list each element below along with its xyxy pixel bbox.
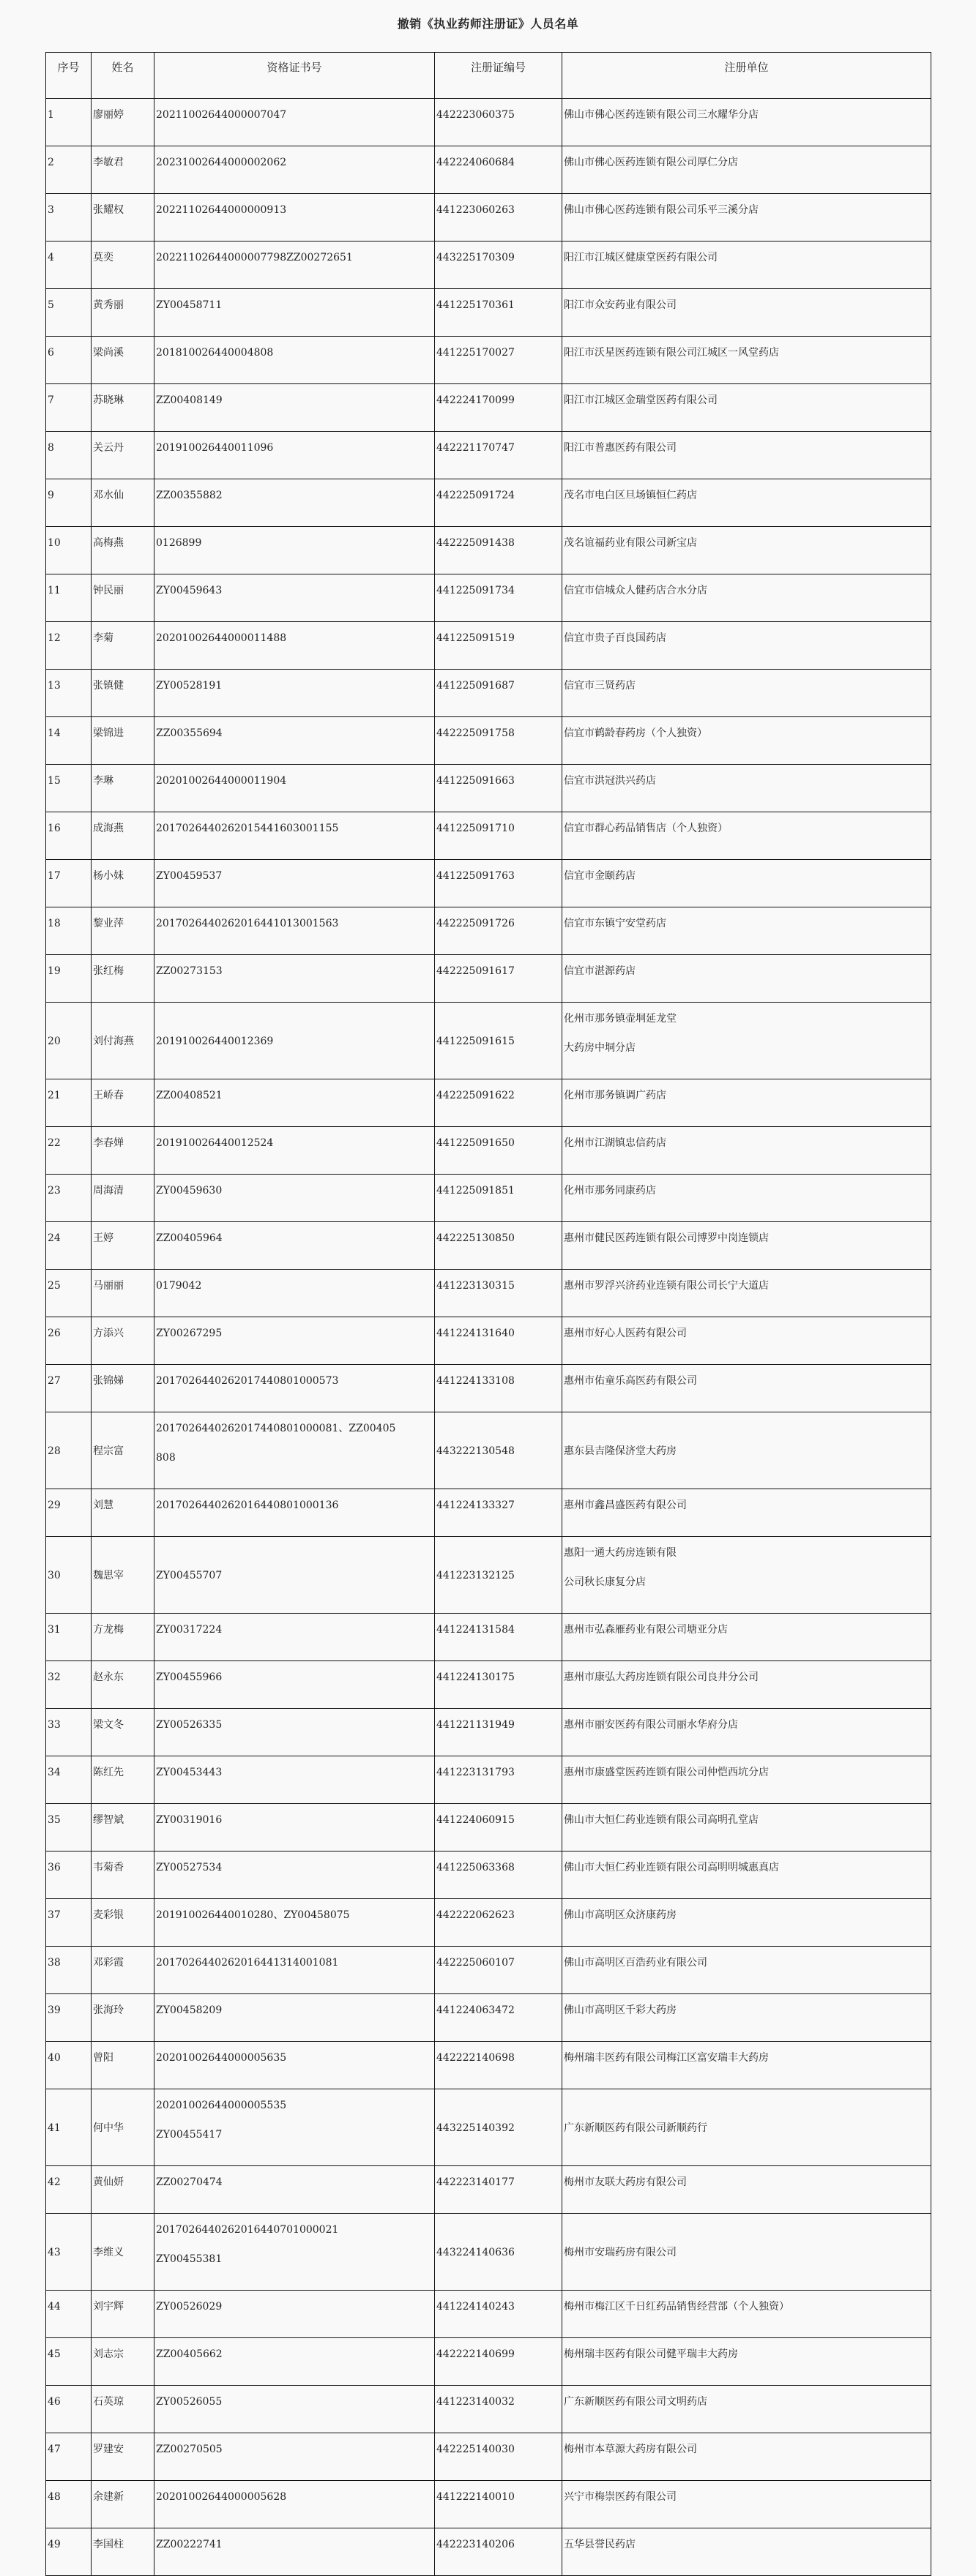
table-row: 38邓彩霞20170264402620164413140010814422250… — [46, 1947, 931, 1994]
cell-registered-unit: 信宜市群心药品销售店（个人独资） — [562, 812, 931, 860]
cell-index: 13 — [46, 670, 92, 717]
cert-line: ZY00458209 — [156, 1996, 433, 2025]
cell-index: 31 — [46, 1614, 92, 1661]
cell-qualification-cert: 2017026440262016441314001081 — [154, 1947, 435, 1994]
cell-name: 王婷 — [92, 1222, 154, 1270]
cell-qualification-cert: ZY00526029 — [154, 2291, 435, 2338]
cell-registration-no: 442225130850 — [435, 1222, 562, 1270]
cell-registered-unit: 惠州市康弘大药房连锁有限公司良井分公司 — [562, 1661, 931, 1709]
table-row: 15李琳20201002644000011904441225091663信宜市洪… — [46, 765, 931, 812]
table-row: 29刘慧201702644026201644080100013644122413… — [46, 1489, 931, 1537]
cell-index: 41 — [46, 2089, 92, 2166]
unit-line: 化州市那务镇壶垌延龙堂 — [564, 1004, 929, 1033]
cell-registered-unit: 阳江市众安药业有限公司 — [562, 289, 931, 337]
cert-line: 20221102644000000913 — [156, 195, 433, 225]
cell-registration-no: 443222130548 — [435, 1412, 562, 1489]
cell-name: 王峤春 — [92, 1079, 154, 1127]
cert-line: 20201002644000011904 — [156, 766, 433, 795]
cell-index: 1 — [46, 99, 92, 146]
cell-registration-no: 441225091851 — [435, 1175, 562, 1222]
cell-index: 37 — [46, 1899, 92, 1947]
cert-line: ZY00458711 — [156, 291, 433, 320]
cell-index: 24 — [46, 1222, 92, 1270]
cert-line: ZZ00408521 — [156, 1081, 433, 1110]
table-row: 16成海燕20170264402620154416030011554412250… — [46, 812, 931, 860]
cell-name: 梁锦进 — [92, 717, 154, 765]
unit-line: 惠州市丽安医药有限公司丽水华府分店 — [564, 1710, 929, 1740]
cell-qualification-cert: 2017026440262016440801000136 — [154, 1489, 435, 1537]
unit-line: 信宜市金颐药店 — [564, 861, 929, 891]
cell-index: 42 — [46, 2166, 92, 2214]
cell-qualification-cert: ZY00526055 — [154, 2386, 435, 2433]
cell-registered-unit: 化州市那务同康药店 — [562, 1175, 931, 1222]
cert-line: ZY00526055 — [156, 2387, 433, 2416]
unit-line: 阳江市众安药业有限公司 — [564, 291, 929, 320]
cell-index: 27 — [46, 1365, 92, 1412]
cell-name: 邓水仙 — [92, 479, 154, 527]
cert-line: ZY00455417 — [156, 2120, 433, 2149]
unit-line: 佛山市大恒仁药业连锁有限公司高明明城惠真店 — [564, 1853, 929, 1882]
cell-qualification-cert: ZZ00222741 — [154, 2528, 435, 2576]
cell-registered-unit: 信宜市洪冠洪兴药店 — [562, 765, 931, 812]
cert-line: 2017026440262017440801000573 — [156, 1366, 433, 1396]
cell-registered-unit: 佛山市佛心医药连锁有限公司乐平三溪分店 — [562, 194, 931, 241]
cell-registered-unit: 惠州市康盛堂医药连锁有限公司仲恺西坑分店 — [562, 1756, 931, 1804]
cell-name: 方龙梅 — [92, 1614, 154, 1661]
table-row: 21王峤春ZZ00408521442225091622化州市那务镇调广药店 — [46, 1079, 931, 1127]
cell-qualification-cert: 2017026440262016440701000021ZY00455381 — [154, 2214, 435, 2291]
cell-name: 曾阳 — [92, 2042, 154, 2089]
cell-registration-no: 443224140636 — [435, 2214, 562, 2291]
unit-line: 信宜市湛源药店 — [564, 956, 929, 986]
cert-line: ZY00455966 — [156, 1663, 433, 1692]
cell-registered-unit: 惠东县吉隆保济堂大药房 — [562, 1412, 931, 1489]
cert-line: 2017026440262015441603001155 — [156, 814, 433, 843]
cell-registered-unit: 惠州市好心人医药有限公司 — [562, 1317, 931, 1365]
cell-registered-unit: 梅州瑞丰医药有限公司梅江区富安瑞丰大药房 — [562, 2042, 931, 2089]
table-row: 46石英琼ZY00526055441223140032广东新顺医药有限公司文明药… — [46, 2386, 931, 2433]
cell-index: 25 — [46, 1270, 92, 1317]
cell-registration-no: 441225091650 — [435, 1127, 562, 1175]
unit-line: 化州市江湖镇忠信药店 — [564, 1128, 929, 1158]
cell-name: 杨小妹 — [92, 860, 154, 907]
unit-line: 大药房中垌分店 — [564, 1033, 929, 1063]
cert-line: 2017026440262017440801000081、ZZ00405 — [156, 1414, 433, 1443]
cell-qualification-cert: 2017026440262017440801000573 — [154, 1365, 435, 1412]
unit-line: 佛山市大恒仁药业连锁有限公司高明孔堂店 — [564, 1805, 929, 1835]
unit-line: 茂名谊福药业有限公司新宝店 — [564, 528, 929, 558]
cell-index: 43 — [46, 2214, 92, 2291]
cell-qualification-cert: 2017026440262016441013001563 — [154, 907, 435, 955]
page-title: 撤销《执业药师注册证》人员名单 — [0, 15, 976, 31]
cell-registered-unit: 佛山市佛心医药连锁有限公司厚仁分店 — [562, 146, 931, 194]
cell-registered-unit: 惠州市罗浮兴济药业连锁有限公司长宁大道店 — [562, 1270, 931, 1317]
table-row: 25马丽丽0179042441223130315惠州市罗浮兴济药业连锁有限公司长… — [46, 1270, 931, 1317]
cert-line: ZY00455707 — [156, 1561, 433, 1590]
unit-line: 广东新顺医药有限公司文明药店 — [564, 2387, 929, 2416]
cell-qualification-cert: ZY00527534 — [154, 1851, 435, 1899]
cell-name: 罗建安 — [92, 2433, 154, 2481]
cert-line: ZY00459643 — [156, 576, 433, 605]
cell-name: 石英琼 — [92, 2386, 154, 2433]
cert-line: ZZ00408149 — [156, 386, 433, 415]
unit-line: 梅州瑞丰医药有限公司梅江区富安瑞丰大药房 — [564, 2043, 929, 2073]
cell-index: 10 — [46, 527, 92, 574]
cell-index: 39 — [46, 1994, 92, 2042]
cell-qualification-cert: ZY00459630 — [154, 1175, 435, 1222]
cell-name: 刘慧 — [92, 1489, 154, 1537]
cell-qualification-cert: 0126899 — [154, 527, 435, 574]
cell-qualification-cert: 20201002644000005635 — [154, 2042, 435, 2089]
cell-qualification-cert: ZZ00355694 — [154, 717, 435, 765]
cell-qualification-cert: 201910026440012369 — [154, 1003, 435, 1079]
cell-name: 张海玲 — [92, 1994, 154, 2042]
cert-line: 2017026440262016441314001081 — [156, 1948, 433, 1977]
cell-name: 关云丹 — [92, 432, 154, 479]
cell-name: 马丽丽 — [92, 1270, 154, 1317]
cell-qualification-cert: ZZ00355882 — [154, 479, 435, 527]
cell-index: 44 — [46, 2291, 92, 2338]
cell-registration-no: 441221131949 — [435, 1709, 562, 1756]
unit-line: 惠州市好心人医药有限公司 — [564, 1319, 929, 1348]
cell-registered-unit: 兴宁市梅崇医药有限公司 — [562, 2481, 931, 2528]
cell-index: 23 — [46, 1175, 92, 1222]
table-row: 14梁锦进ZZ00355694442225091758信宜市鹤龄春药房（个人独资… — [46, 717, 931, 765]
cert-line: ZZ00405964 — [156, 1224, 433, 1253]
cert-line: 0126899 — [156, 528, 433, 558]
cert-line: 201910026440010280、ZY00458075 — [156, 1901, 433, 1930]
header-name: 姓名 — [92, 53, 154, 99]
table-row: 17杨小妹ZY00459537441225091763信宜市金颐药店 — [46, 860, 931, 907]
unit-line: 信宜市鹤龄春药房（个人独资） — [564, 719, 929, 748]
unit-line: 信宜市群心药品销售店（个人独资） — [564, 814, 929, 843]
cell-name: 李维义 — [92, 2214, 154, 2291]
table-row: 43李维义2017026440262016440701000021ZY00455… — [46, 2214, 931, 2291]
cell-registered-unit: 惠州市弘森雁药业有限公司塘亚分店 — [562, 1614, 931, 1661]
cell-index: 33 — [46, 1709, 92, 1756]
cell-qualification-cert: ZY00319016 — [154, 1804, 435, 1851]
cell-name: 李春婵 — [92, 1127, 154, 1175]
cell-name: 廖丽婷 — [92, 99, 154, 146]
cell-index: 45 — [46, 2338, 92, 2386]
cell-qualification-cert: ZY00459643 — [154, 574, 435, 622]
cell-qualification-cert: ZZ00270505 — [154, 2433, 435, 2481]
cell-qualification-cert: ZY00528191 — [154, 670, 435, 717]
cert-line: 20201002644000005535 — [156, 2091, 433, 2120]
cert-line: ZY00528191 — [156, 671, 433, 700]
header-qualification-cert: 资格证书号 — [154, 53, 435, 99]
unit-line: 梅州市梅江区千日红药品销售经营部（个人独资） — [564, 2292, 929, 2321]
table-row: 32赵永东ZY00455966441224130175惠州市康弘大药房连锁有限公… — [46, 1661, 931, 1709]
cell-registration-no: 442225091622 — [435, 1079, 562, 1127]
table-row: 6梁尚溪201810026440004808441225170027阳江市沃星医… — [46, 337, 931, 384]
cell-index: 26 — [46, 1317, 92, 1365]
cert-line: ZY00317224 — [156, 1615, 433, 1644]
cell-name: 刘志宗 — [92, 2338, 154, 2386]
cert-line: ZZ00270505 — [156, 2435, 433, 2464]
cell-index: 15 — [46, 765, 92, 812]
cell-registered-unit: 广东新顺医药有限公司新顺药行 — [562, 2089, 931, 2166]
cell-qualification-cert: 20211002644000007047 — [154, 99, 435, 146]
table-row: 40曾阳20201002644000005635442222140698梅州瑞丰… — [46, 2042, 931, 2089]
table-row: 28程宗富2017026440262017440801000081、ZZ0040… — [46, 1412, 931, 1489]
cell-registration-no: 441225091615 — [435, 1003, 562, 1079]
cell-registration-no: 441224130175 — [435, 1661, 562, 1709]
cell-registered-unit: 梅州瑞丰医药有限公司健平瑞丰大药房 — [562, 2338, 931, 2386]
unit-line: 信宜市三贤药店 — [564, 671, 929, 700]
cell-registered-unit: 信宜市贵子百良国药店 — [562, 622, 931, 670]
cell-name: 周海清 — [92, 1175, 154, 1222]
cell-qualification-cert: 201910026440010280、ZY00458075 — [154, 1899, 435, 1947]
cell-qualification-cert: ZZ00273153 — [154, 955, 435, 1003]
cell-registration-no: 443225140392 — [435, 2089, 562, 2166]
cell-index: 9 — [46, 479, 92, 527]
table-row: 8关云丹201910026440011096442221170747阳江市普惠医… — [46, 432, 931, 479]
table-row: 42黄仙妍ZZ00270474442223140177梅州市友联大药房有限公司 — [46, 2166, 931, 2214]
cell-index: 48 — [46, 2481, 92, 2528]
cell-name: 成海燕 — [92, 812, 154, 860]
cell-registered-unit: 信宜市湛源药店 — [562, 955, 931, 1003]
table-row: 37麦彩银201910026440010280、ZY00458075442222… — [46, 1899, 931, 1947]
cell-index: 12 — [46, 622, 92, 670]
table-row: 33梁文冬ZY00526335441221131949惠州市丽安医药有限公司丽水… — [46, 1709, 931, 1756]
cert-line: ZZ00273153 — [156, 956, 433, 986]
unit-line: 信宜市贵子百良国药店 — [564, 624, 929, 653]
cell-registered-unit: 信宜市金颐药店 — [562, 860, 931, 907]
unit-line: 化州市那务同康药店 — [564, 1176, 929, 1205]
cell-registered-unit: 梅州市本草源大药房有限公司 — [562, 2433, 931, 2481]
cell-registration-no: 442225091758 — [435, 717, 562, 765]
cell-index: 35 — [46, 1804, 92, 1851]
cell-name: 梁文冬 — [92, 1709, 154, 1756]
cell-registration-no: 442224170099 — [435, 384, 562, 432]
cell-registered-unit: 惠州市鑫昌盛医药有限公司 — [562, 1489, 931, 1537]
cell-registered-unit: 佛山市高明区百浩药业有限公司 — [562, 1947, 931, 1994]
cell-qualification-cert: 2017026440262017440801000081、ZZ00405808 — [154, 1412, 435, 1489]
cell-registration-no: 441223060263 — [435, 194, 562, 241]
cell-name: 余建新 — [92, 2481, 154, 2528]
unit-line: 梅州瑞丰医药有限公司健平瑞丰大药房 — [564, 2340, 929, 2369]
unit-line: 惠州市康盛堂医药连锁有限公司仲恺西坑分店 — [564, 1758, 929, 1787]
cell-registered-unit: 茂名谊福药业有限公司新宝店 — [562, 527, 931, 574]
cert-line: ZY00459630 — [156, 1176, 433, 1205]
table-row: 11钟民丽ZY00459643441225091734信宜市信城众人健药店合水分… — [46, 574, 931, 622]
cell-registration-no: 442222140698 — [435, 2042, 562, 2089]
table-row: 18黎业萍20170264402620164410130015634422250… — [46, 907, 931, 955]
cell-name: 刘宇辉 — [92, 2291, 154, 2338]
cert-line: ZY00455381 — [156, 2244, 433, 2274]
cert-line: 808 — [156, 1443, 433, 1472]
unit-line: 梅州市本草源大药房有限公司 — [564, 2435, 929, 2464]
cell-index: 28 — [46, 1412, 92, 1489]
cell-name: 麦彩银 — [92, 1899, 154, 1947]
unit-line: 惠州市佑童乐高医药有限公司 — [564, 1366, 929, 1396]
cell-registered-unit: 佛山市佛心医药连锁有限公司三水耀华分店 — [562, 99, 931, 146]
cell-registration-no: 441225170361 — [435, 289, 562, 337]
cell-registered-unit: 信宜市三贤药店 — [562, 670, 931, 717]
unit-line: 惠州市健民医药连锁有限公司博罗中岗连锁店 — [564, 1224, 929, 1253]
cell-registered-unit: 佛山市大恒仁药业连锁有限公司高明明城惠真店 — [562, 1851, 931, 1899]
cell-index: 18 — [46, 907, 92, 955]
cell-registration-no: 443225170309 — [435, 241, 562, 289]
cell-registration-no: 441224133108 — [435, 1365, 562, 1412]
cert-line: ZY00267295 — [156, 1319, 433, 1348]
cell-name: 张耀权 — [92, 194, 154, 241]
cell-registration-no: 441222140010 — [435, 2481, 562, 2528]
unit-line: 兴宁市梅崇医药有限公司 — [564, 2482, 929, 2512]
table-row: 39张海玲ZY00458209441224063472佛山市高明区千彩大药房 — [46, 1994, 931, 2042]
cert-line: 20211002644000007047 — [156, 100, 433, 130]
cell-qualification-cert: 20201002644000011904 — [154, 765, 435, 812]
unit-line: 阳江市普惠医药有限公司 — [564, 433, 929, 463]
cell-name: 李菊 — [92, 622, 154, 670]
table-row: 35缪智斌ZY00319016441224060915佛山市大恒仁药业连锁有限公… — [46, 1804, 931, 1851]
cell-index: 3 — [46, 194, 92, 241]
cert-line: ZY00453443 — [156, 1758, 433, 1787]
cell-qualification-cert: ZZ00405964 — [154, 1222, 435, 1270]
cell-registration-no: 442224060684 — [435, 146, 562, 194]
cell-registered-unit: 惠阳一通大药房连锁有限公司秋长康复分店 — [562, 1537, 931, 1614]
cert-line: 201910026440012524 — [156, 1128, 433, 1158]
cell-name: 黄仙妍 — [92, 2166, 154, 2214]
cell-name: 缪智斌 — [92, 1804, 154, 1851]
unit-line: 广东新顺医药有限公司新顺药行 — [564, 2113, 929, 2143]
cell-index: 49 — [46, 2528, 92, 2576]
cert-line: 0179042 — [156, 1271, 433, 1300]
cell-registration-no: 441223131793 — [435, 1756, 562, 1804]
cell-registered-unit: 梅州市梅江区千日红药品销售经营部（个人独资） — [562, 2291, 931, 2338]
cell-index: 30 — [46, 1537, 92, 1614]
cell-registration-no: 442223060375 — [435, 99, 562, 146]
cell-name: 何中华 — [92, 2089, 154, 2166]
table-row: 13张镇健ZY00528191441225091687信宜市三贤药店 — [46, 670, 931, 717]
unit-line: 信宜市洪冠洪兴药店 — [564, 766, 929, 795]
cell-registration-no: 442225140030 — [435, 2433, 562, 2481]
cell-registered-unit: 惠州市佑童乐高医药有限公司 — [562, 1365, 931, 1412]
cert-line: ZZ00405662 — [156, 2340, 433, 2369]
table-row: 36韦菊香ZY00527534441225063368佛山市大恒仁药业连锁有限公… — [46, 1851, 931, 1899]
cell-qualification-cert: 201810026440004808 — [154, 337, 435, 384]
cert-line: 201910026440011096 — [156, 433, 433, 463]
unit-line: 佛山市高明区百浩药业有限公司 — [564, 1948, 929, 1977]
cell-registration-no: 442221170747 — [435, 432, 562, 479]
cert-line: ZZ00222741 — [156, 2530, 433, 2559]
cell-qualification-cert: ZZ00405662 — [154, 2338, 435, 2386]
cell-registered-unit: 阳江市江城区金瑞堂医药有限公司 — [562, 384, 931, 432]
cell-registration-no: 441224140243 — [435, 2291, 562, 2338]
cell-registered-unit: 信宜市东镇宁安堂药店 — [562, 907, 931, 955]
cell-index: 6 — [46, 337, 92, 384]
table-row: 24王婷ZZ00405964442225130850惠州市健民医药连锁有限公司博… — [46, 1222, 931, 1270]
cell-registration-no: 441225091663 — [435, 765, 562, 812]
cell-registered-unit: 化州市那务镇壶垌延龙堂大药房中垌分店 — [562, 1003, 931, 1079]
cell-qualification-cert: 20201002644000005535ZY00455417 — [154, 2089, 435, 2166]
unit-line: 佛山市高明区千彩大药房 — [564, 1996, 929, 2025]
cell-registered-unit: 阳江市沃星医药连锁有限公司江城区一风堂药店 — [562, 337, 931, 384]
cell-qualification-cert: 201910026440011096 — [154, 432, 435, 479]
header-registered-unit: 注册单位 — [562, 53, 931, 99]
cell-qualification-cert: 20221102644000007798ZZ00272651 — [154, 241, 435, 289]
header-index: 序号 — [46, 53, 92, 99]
cell-registration-no: 441225091519 — [435, 622, 562, 670]
cell-registered-unit: 梅州市安瑞药房有限公司 — [562, 2214, 931, 2291]
cell-name: 陈红先 — [92, 1756, 154, 1804]
cert-line: ZY00526029 — [156, 2292, 433, 2321]
table-row: 4莫奕20221102644000007798ZZ002726514432251… — [46, 241, 931, 289]
cell-name: 张锦娣 — [92, 1365, 154, 1412]
cell-qualification-cert: ZY00455707 — [154, 1537, 435, 1614]
cell-name: 张镇健 — [92, 670, 154, 717]
table-row: 45刘志宗ZZ00405662442222140699梅州瑞丰医药有限公司健平瑞… — [46, 2338, 931, 2386]
cell-qualification-cert: 0179042 — [154, 1270, 435, 1317]
unit-line: 信宜市东镇宁安堂药店 — [564, 909, 929, 938]
cell-index: 40 — [46, 2042, 92, 2089]
table-row: 41何中华20201002644000005535ZY0045541744322… — [46, 2089, 931, 2166]
cell-registration-no: 442225091617 — [435, 955, 562, 1003]
table-header-row: 序号 姓名 资格证书号 注册证编号 注册单位 — [46, 53, 931, 99]
cell-registered-unit: 惠州市丽安医药有限公司丽水华府分店 — [562, 1709, 931, 1756]
cell-registered-unit: 五华县誉民药店 — [562, 2528, 931, 2576]
table-row: 30魏思宰ZY00455707441223132125惠阳一通大药房连锁有限公司… — [46, 1537, 931, 1614]
cell-registration-no: 441225091687 — [435, 670, 562, 717]
cell-name: 钟民丽 — [92, 574, 154, 622]
cell-qualification-cert: 201910026440012524 — [154, 1127, 435, 1175]
cell-index: 5 — [46, 289, 92, 337]
cert-line: ZZ00270474 — [156, 2168, 433, 2197]
table-row: 20刘付海燕201910026440012369441225091615化州市那… — [46, 1003, 931, 1079]
unit-line: 梅州市安瑞药房有限公司 — [564, 2238, 929, 2267]
cert-line: ZY00527534 — [156, 1853, 433, 1882]
cell-index: 47 — [46, 2433, 92, 2481]
cell-registration-no: 441225091763 — [435, 860, 562, 907]
cell-qualification-cert: ZY00526335 — [154, 1709, 435, 1756]
cell-index: 20 — [46, 1003, 92, 1079]
cell-qualification-cert: 20231002644000002062 — [154, 146, 435, 194]
cell-registration-no: 441225063368 — [435, 1851, 562, 1899]
cell-index: 46 — [46, 2386, 92, 2433]
unit-line: 惠州市鑫昌盛医药有限公司 — [564, 1491, 929, 1520]
cell-registered-unit: 化州市江湖镇忠信药店 — [562, 1127, 931, 1175]
cert-line: ZY00459537 — [156, 861, 433, 891]
cell-index: 21 — [46, 1079, 92, 1127]
cell-qualification-cert: 20201002644000011488 — [154, 622, 435, 670]
cell-registered-unit: 广东新顺医药有限公司文明药店 — [562, 2386, 931, 2433]
cell-registration-no: 441223140032 — [435, 2386, 562, 2433]
cell-qualification-cert: ZY00267295 — [154, 1317, 435, 1365]
cell-name: 方添兴 — [92, 1317, 154, 1365]
table-row: 2李敏君20231002644000002062442224060684佛山市佛… — [46, 146, 931, 194]
cell-qualification-cert: ZY00455966 — [154, 1661, 435, 1709]
cell-name: 黎业萍 — [92, 907, 154, 955]
cert-line: 20201002644000005628 — [156, 2482, 433, 2512]
cell-qualification-cert: ZZ00408521 — [154, 1079, 435, 1127]
cell-name: 赵永东 — [92, 1661, 154, 1709]
cert-line: 201910026440012369 — [156, 1027, 433, 1056]
unit-line: 阳江市江城区健康堂医药有限公司 — [564, 243, 929, 272]
table-row: 31方龙梅ZY00317224441224131584惠州市弘森雁药业有限公司塘… — [46, 1614, 931, 1661]
table-row: 47罗建安ZZ00270505442225140030梅州市本草源大药房有限公司 — [46, 2433, 931, 2481]
unit-line: 信宜市信城众人健药店合水分店 — [564, 576, 929, 605]
cell-registration-no: 441224131584 — [435, 1614, 562, 1661]
cell-name: 李国柱 — [92, 2528, 154, 2576]
table-row: 10高梅燕0126899442225091438茂名谊福药业有限公司新宝店 — [46, 527, 931, 574]
table-row: 12李菊20201002644000011488441225091519信宜市贵… — [46, 622, 931, 670]
cell-registered-unit: 茂名市电白区旦场镇恒仁药店 — [562, 479, 931, 527]
unit-line: 五华县誉民药店 — [564, 2530, 929, 2559]
table-row: 49李国柱ZZ00222741442223140206五华县誉民药店 — [46, 2528, 931, 2576]
table-row: 26方添兴ZY00267295441224131640惠州市好心人医药有限公司 — [46, 1317, 931, 1365]
unit-line: 佛山市佛心医药连锁有限公司三水耀华分店 — [564, 100, 929, 130]
